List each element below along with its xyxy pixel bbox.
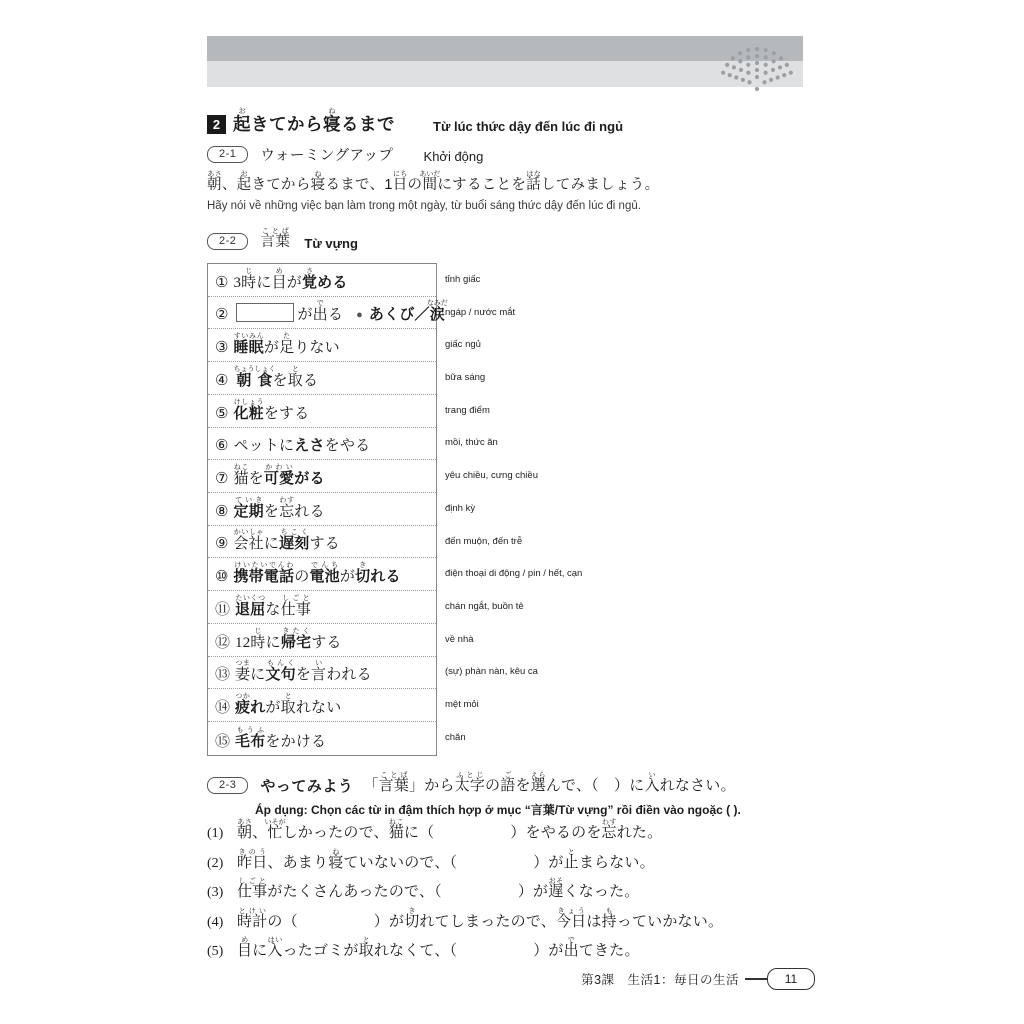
translation-text: điện thoại di động / pin / hết, cạn xyxy=(445,568,582,579)
item-number: ① xyxy=(215,276,228,291)
vocab-term: が出でる●あくび／涙なみだ xyxy=(233,300,447,323)
translation-text: định kỳ xyxy=(445,503,475,514)
blank-box xyxy=(236,303,294,322)
translation-row: tỉnh giấc xyxy=(445,263,582,296)
vocab-row: ① 3時じに目めが覚さめる xyxy=(208,264,436,297)
vocab-row: ⑨ 会社かいしゃに遅刻ちこくする xyxy=(208,526,436,559)
intro-jp: 朝あさ、起おきてから寝ねるまで、1日にちの間あいだにすることを話はなしてみましょ… xyxy=(207,170,817,193)
vocab-heading-vi: Từ vựng xyxy=(304,237,358,250)
bullet-icon: ● xyxy=(356,309,363,321)
item-number: ③ xyxy=(215,341,228,356)
translation-row: (sự) phàn nàn, kêu ca xyxy=(445,656,582,689)
vocab-term: 化粧けしょうをする xyxy=(233,399,309,422)
exercise-sentence: 朝あさ、忙いそがしかったので、猫ねこに（ ）をやるのを忘わすれた。 xyxy=(237,819,662,841)
translation-text: chán ngắt, buồn tẻ xyxy=(445,601,524,612)
exercise-row: (3) 仕事しごとがたくさんあったので、（ ）が遅おそくなった。 xyxy=(207,877,847,900)
translation-row: yêu chiều, cưng chiều xyxy=(445,459,582,492)
tag-2-2: 2-2 xyxy=(207,233,248,250)
translation-text: trang điểm xyxy=(445,405,490,416)
vocab-heading-jp: 言葉ことば xyxy=(260,228,290,250)
translation-row: trang điểm xyxy=(445,394,582,427)
warmup-heading: 2-1 ウォーミングアップ Khởi động xyxy=(207,146,483,163)
exercise-number: (2) xyxy=(207,857,237,871)
vocab-term: 妻つまに文句もんくを言いわれる xyxy=(235,660,372,683)
vocab-row: ⑦ 猫ねこを可愛かわいがる xyxy=(208,460,436,493)
translation-row: định kỳ xyxy=(445,492,582,525)
chapter-label: 第3課 生活1：毎日の生活 xyxy=(581,970,739,988)
vocab-term: 定期ていきを忘わすれる xyxy=(233,497,324,520)
header-band-dark xyxy=(207,36,803,61)
vocab-row: ⑬ 妻つまに文句もんくを言いわれる xyxy=(208,657,436,690)
vocab-term: 猫ねこを可愛かわいがる xyxy=(233,464,324,487)
exercise-row: (4) 時計とけいの（ ）が切きれてしまったので、今日きょうは持もっていかない。 xyxy=(207,907,847,930)
translation-text: về nhà xyxy=(445,634,474,645)
translation-row: điện thoại di động / pin / hết, cạn xyxy=(445,557,582,590)
item-number: ④ xyxy=(215,374,228,389)
vocab-term: 退屈たいくつな仕事しごと xyxy=(235,595,311,618)
translation-row: giấc ngủ xyxy=(445,328,582,361)
page-footer: 第3課 生活1：毎日の生活 11 xyxy=(207,968,815,990)
vocab-table: ① 3時じに目めが覚さめる ② が出でる●あくび／涙なみだ ③ 睡眠すいみんが足… xyxy=(207,263,582,756)
header-band xyxy=(207,36,803,87)
vocab-row: ⑩ 携帯電話けいたいでんわの電池でんちが切きれる xyxy=(208,558,436,591)
translation-text: chăn xyxy=(445,732,466,743)
translation-row: đến muộn, đến trễ xyxy=(445,525,582,558)
translation-text: tỉnh giấc xyxy=(445,274,480,285)
vocab-row: ② が出でる●あくび／涙なみだ xyxy=(208,297,436,330)
section-title: 2 起おきてから寝ねるまで Từ lúc thức dậy đến lúc đi… xyxy=(207,108,623,134)
exercise-number: (5) xyxy=(207,945,237,959)
translation-text: (sự) phàn nàn, kêu ca xyxy=(445,666,538,677)
tag-2-3: 2-3 xyxy=(207,777,248,794)
translation-row: ngáp / nước mắt xyxy=(445,296,582,329)
vocab-row: ⑫ 12時じに帰宅きたくする xyxy=(208,624,436,657)
translation-text: mồi, thức ăn xyxy=(445,437,498,448)
intro-block: 朝あさ、起おきてから寝ねるまで、1日にちの間あいだにすることを話はなしてみましょ… xyxy=(207,170,817,212)
vocab-term: 12時じに帰宅きたくする xyxy=(235,628,342,651)
exercise-number: (4) xyxy=(207,916,237,930)
translation-text: ngáp / nước mắt xyxy=(445,307,515,318)
vocab-box: ① 3時じに目めが覚さめる ② が出でる●あくび／涙なみだ ③ 睡眠すいみんが足… xyxy=(207,263,437,756)
exercise-instruction-jp: 「言葉ことば」から太字ふとじの語ごを選えらんで、（ ）に入いれなさい。 xyxy=(363,772,735,794)
textbook-page: 2 起おきてから寝ねるまで Từ lúc thức dậy đến lúc đi… xyxy=(0,0,1024,1024)
exercise-sentence: 昨日きのう、あまり寝ねていないので、（ ）が止とまらない。 xyxy=(237,849,655,871)
vocab-term: ペットにえさをやる xyxy=(233,438,370,454)
translation-text: mệt mỏi xyxy=(445,699,479,710)
exercise-items: (1) 朝あさ、忙いそがしかったので、猫ねこに（ ）をやるのを忘わすれた。 (2… xyxy=(207,818,847,966)
item-number: ⑩ xyxy=(215,570,228,585)
vocab-row: ⑭ 疲つかれが取とれない xyxy=(208,689,436,722)
item-number: ⑭ xyxy=(215,701,230,716)
translation-row: mồi, thức ăn xyxy=(445,427,582,460)
section-number-badge: 2 xyxy=(207,115,226,134)
warmup-vi: Khởi động xyxy=(424,150,484,163)
translation-row: mệt mỏi xyxy=(445,688,582,721)
warmup-jp: ウォーミングアップ xyxy=(260,149,393,164)
vocab-row: ⑪ 退屈たいくつな仕事しごと xyxy=(208,591,436,624)
fan-dots-icon xyxy=(717,38,797,94)
vocab-row: ⑤ 化粧けしょうをする xyxy=(208,395,436,428)
vocab-row: ③ 睡眠すいみんが足たりない xyxy=(208,329,436,362)
vocab-term: 疲つかれが取とれない xyxy=(235,693,341,716)
translation-row: bữa sáng xyxy=(445,361,582,394)
header-band-light xyxy=(207,61,803,87)
item-number: ⑦ xyxy=(215,472,228,487)
translation-row: chán ngắt, buồn tẻ xyxy=(445,590,582,623)
item-number: ⑥ xyxy=(215,439,228,454)
exercise-row: (2) 昨日きのう、あまり寝ねていないので、（ ）が止とまらない。 xyxy=(207,848,847,871)
item-number: ⑬ xyxy=(215,668,230,683)
vocab-term: 3時じに目めが覚さめる xyxy=(233,268,347,291)
vocab-term: 会社かいしゃに遅刻ちこくする xyxy=(233,529,339,552)
item-number: ⑨ xyxy=(215,537,228,552)
exercise-number: (1) xyxy=(207,827,237,841)
intro-vi: Hãy nói về những việc bạn làm trong một … xyxy=(207,200,817,212)
exercise-row: (1) 朝あさ、忙いそがしかったので、猫ねこに（ ）をやるのを忘わすれた。 xyxy=(207,818,847,841)
page-number: 11 xyxy=(767,968,815,990)
item-number: ② xyxy=(215,308,228,323)
translation-text: bữa sáng xyxy=(445,372,485,383)
section-title-vi: Từ lúc thức dậy đến lúc đi ngủ xyxy=(433,120,623,133)
exercise-heading: 2-3 やってみよう 「言葉ことば」から太字ふとじの語ごを選えらんで、（ ）に入… xyxy=(207,772,736,794)
vocab-row: ⑥ ペットにえさをやる xyxy=(208,428,436,461)
item-number: ⑤ xyxy=(215,407,228,422)
translation-row: chăn xyxy=(445,721,582,754)
tag-2-1: 2-1 xyxy=(207,146,248,163)
vocab-term: 朝食ちょうしょくを取とる xyxy=(233,366,318,389)
exercise-sentence: 仕事しごとがたくさんあったので、（ ）が遅おそくなった。 xyxy=(237,878,639,900)
exercise-number: (3) xyxy=(207,886,237,900)
item-number: ⑮ xyxy=(215,735,230,750)
item-number: ⑧ xyxy=(215,505,228,520)
vocab-term: 携帯電話けいたいでんわの電池でんちが切きれる xyxy=(233,562,400,585)
exercise-row: (5) 目めに入はいったゴミが取とれなくて、（ ）が出でてきた。 xyxy=(207,936,847,959)
translation-text: giấc ngủ xyxy=(445,339,481,350)
footer-line xyxy=(745,978,767,980)
exercise-instruction-vi: Áp dụng: Chọn các từ in đậm thích hợp ở … xyxy=(255,801,741,818)
exercise-sentence: 時計とけいの（ ）が切きれてしまったので、今日きょうは持もっていかない。 xyxy=(237,908,723,930)
item-number: ⑪ xyxy=(215,603,230,618)
translation-text: yêu chiều, cưng chiều xyxy=(445,470,538,481)
vocab-row: ⑮ 毛布もうふをかける xyxy=(208,722,436,755)
vocab-heading: 2-2 言葉ことば Từ vựng xyxy=(207,228,358,250)
vocab-row: ④ 朝食ちょうしょくを取とる xyxy=(208,362,436,395)
vocab-term: 毛布もうふをかける xyxy=(235,727,326,750)
vocab-row: ⑧ 定期ていきを忘わすれる xyxy=(208,493,436,526)
vocab-translations: tỉnh giấc ngáp / nước mắt giấc ngủ bữa s… xyxy=(445,263,582,756)
translation-row: về nhà xyxy=(445,623,582,656)
translation-text: đến muộn, đến trễ xyxy=(445,536,522,547)
vocab-term: 睡眠すいみんが足たりない xyxy=(233,333,339,356)
item-number: ⑫ xyxy=(215,636,230,651)
exercise-sentence: 目めに入はいったゴミが取とれなくて、（ ）が出でてきた。 xyxy=(237,937,640,959)
section-title-jp: 起おきてから寝ねるまで xyxy=(233,108,395,134)
exercise-heading-jp: やってみよう xyxy=(260,779,353,794)
